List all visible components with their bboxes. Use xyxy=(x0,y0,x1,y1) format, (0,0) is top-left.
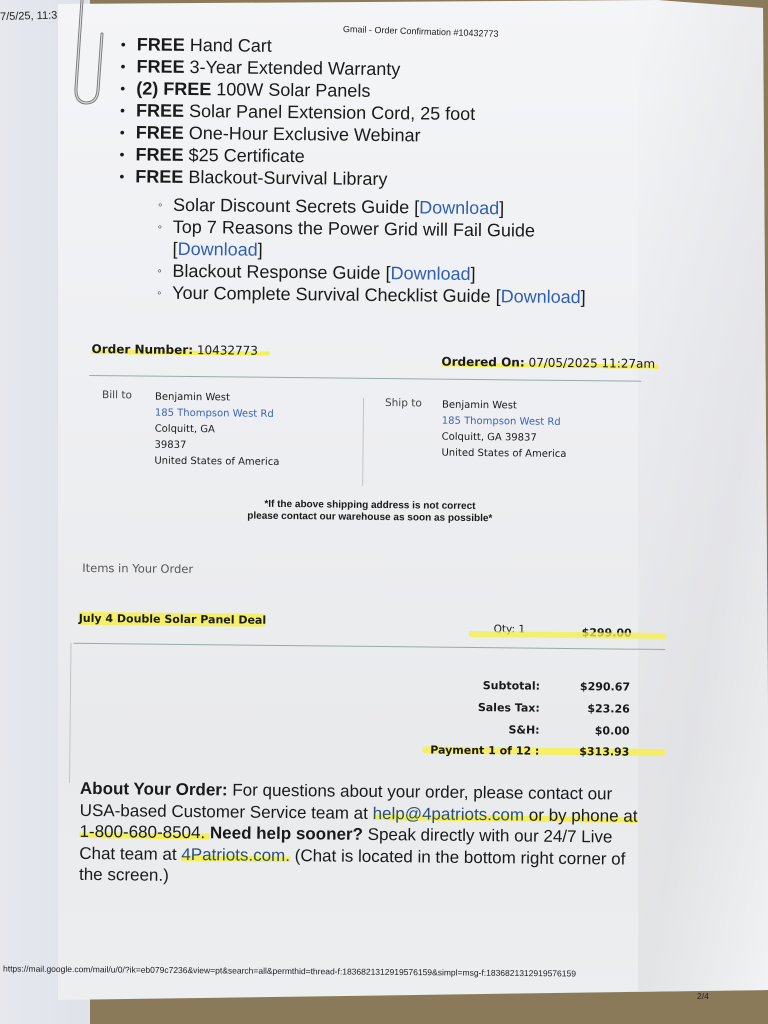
ordered-on: Ordered On: 07/05/2025 11:27am xyxy=(441,355,659,371)
ship-to-label: Ship to xyxy=(385,397,422,409)
library-item: Your Complete Survival Checklist Guide [… xyxy=(157,282,586,308)
about-your-order: About Your Order: For questions about yo… xyxy=(79,778,640,891)
download-link[interactable]: Download xyxy=(178,239,258,260)
divider xyxy=(73,643,665,650)
shipping-address-note: *If the above shipping address is not co… xyxy=(200,498,540,526)
gift-item: FREE Blackout-Survival Library xyxy=(117,165,474,191)
support-email-link[interactable]: help@4patriots.com xyxy=(373,803,525,824)
email-body: Gmail - Order Confirmation #10432773 FRE… xyxy=(0,0,768,1024)
page-number: 2/4 xyxy=(697,991,709,1001)
ship-to-address: Benjamin West 185 Thompson West Rd Colqu… xyxy=(441,398,567,463)
item-name: July 4 Double Solar Panel Deal xyxy=(79,612,267,627)
highlight-mark xyxy=(469,631,667,639)
download-link[interactable]: Download xyxy=(419,197,499,218)
sales-tax-row: Sales Tax:$23.26 xyxy=(398,700,630,702)
free-gifts-list: FREE Hand Cart FREE 3-Year Extended Warr… xyxy=(117,33,476,191)
divider xyxy=(362,398,364,486)
order-number: Order Number: 10432773 xyxy=(91,342,269,358)
items-section-title: Items in Your Order xyxy=(82,561,193,576)
blackout-library-list: Solar Discount Secrets Guide [Download] … xyxy=(157,194,587,308)
shipping-handling-row: S&H:$0.00 xyxy=(398,722,630,724)
subtotal-row: Subtotal:$290.67 xyxy=(398,678,630,680)
download-link[interactable]: Download xyxy=(501,286,581,307)
download-link[interactable]: Download xyxy=(390,263,470,284)
library-item: Top 7 Reasons the Power Grid will Fail G… xyxy=(158,216,587,264)
website-link[interactable]: 4Patriots.com. xyxy=(181,844,290,864)
bill-to-label: Bill to xyxy=(102,389,132,401)
payment-row: Payment 1 of 12 :$313.93 xyxy=(397,743,629,745)
divider xyxy=(89,375,641,382)
bill-to-address: Benjamin West 185 Thompson West Rd Colqu… xyxy=(154,390,280,471)
divider xyxy=(69,643,71,783)
